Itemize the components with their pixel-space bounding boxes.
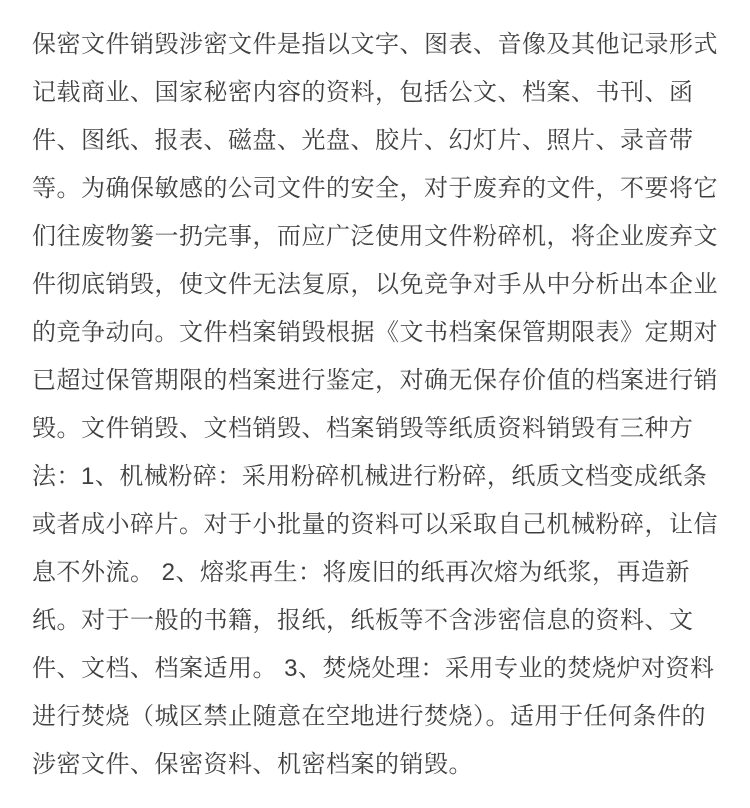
text-line: 件、图纸、报表、磁盘、光盘、胶片、幻灯片、照片、录音带	[32, 117, 722, 165]
text-line: 件彻底销毁，使文件无法复原，以免竞争对手从中分析出本企业	[32, 261, 722, 309]
text-line: 涉密文件、保密资料、机密档案的销毁。	[32, 741, 722, 789]
article-body: 保密文件销毁涉密文件是指以文字、图表、音像及其他记录形式 记载商业、国家秘密内容…	[0, 0, 750, 789]
text-line: 保密文件销毁涉密文件是指以文字、图表、音像及其他记录形式	[32, 21, 722, 69]
text-line: 纸。对于一般的书籍，报纸，纸板等不含涉密信息的资料、文	[32, 597, 722, 645]
text-line: 进行焚烧（城区禁止随意在空地进行焚烧）。适用于任何条件的	[32, 693, 722, 741]
text-line: 的竞争动向。文件档案销毁根据《文书档案保管期限表》定期对	[32, 309, 722, 357]
text-line: 或者成小碎片。对于小批量的资料可以采取自己机械粉碎，让信	[32, 501, 722, 549]
text-line: 毁。文件销毁、文档销毁、档案销毁等纸质资料销毁有三种方	[32, 405, 722, 453]
text-line: 们往废物篓一扔完事，而应广泛使用文件粉碎机，将企业废弃文	[32, 213, 722, 261]
text-line: 记载商业、国家秘密内容的资料，包括公文、档案、书刊、函	[32, 69, 722, 117]
text-line: 等。为确保敏感的公司文件的安全，对于废弃的文件，不要将它	[32, 165, 722, 213]
text-line: 件、文档、档案适用。 3、焚烧处理：采用专业的焚烧炉对资料	[32, 645, 722, 693]
text-line: 法：1、机械粉碎：采用粉碎机械进行粉碎，纸质文档变成纸条	[32, 453, 722, 501]
text-line: 已超过保管期限的档案进行鉴定，对确无保存价值的档案进行销	[32, 357, 722, 405]
text-line: 息不外流。 2、熔浆再生：将废旧的纸再次熔为纸浆，再造新	[32, 549, 722, 597]
